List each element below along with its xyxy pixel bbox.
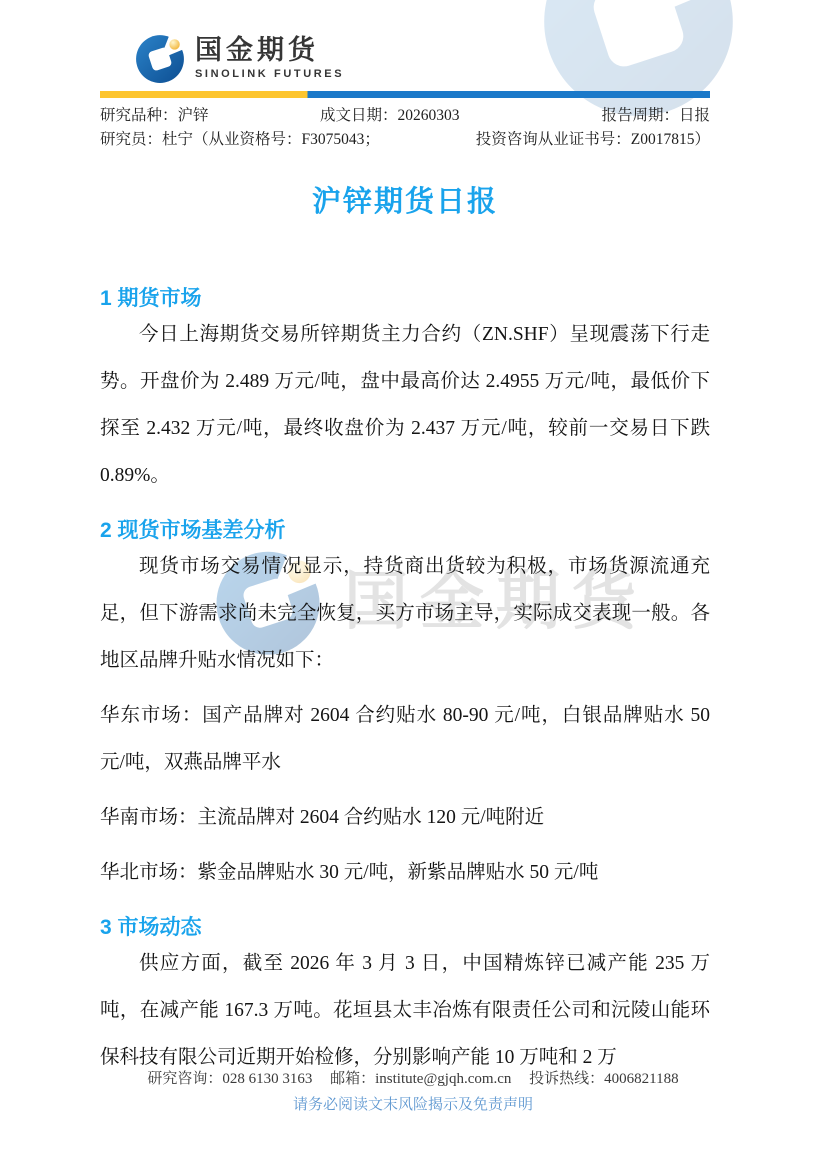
section-market-news: 3 市场动态 供应方面，截至 2026 年 3 月 3 日，中国精炼锌已减产能 … — [100, 916, 710, 1081]
header-divider-bar — [100, 91, 710, 98]
section-2-paragraph: 现货市场交易情况显示，持货商出货较为积极，市场货源流通充足，但下游需求尚未完全恢… — [100, 543, 710, 684]
meta-row-2: 研究员：杜宁（从业资格号：F3075043； 投资咨询从业证书号：Z001781… — [100, 128, 710, 152]
section-futures-market: 1 期货市场 今日上海期货交易所锌期货主力合约（ZN.SHF）呈现震荡下行走势。… — [100, 287, 710, 499]
footer-email: 邮箱：institute@gjqh.com.cn — [330, 1071, 511, 1087]
meta-report-date: 成文日期：20260303 — [320, 104, 515, 128]
section-3-paragraph: 供应方面，截至 2026 年 3 月 3 日，中国精炼锌已减产能 235 万吨，… — [100, 940, 710, 1081]
section-2-north-market: 华北市场：紫金品牌贴水 30 元/吨，新紫品牌贴水 50 元/吨 — [100, 849, 710, 896]
section-spot-basis: 2 现货市场基差分析 现货市场交易情况显示，持货商出货较为积极，市场货源流通充足… — [100, 519, 710, 896]
brand-logo: 国金期货 SINOLINK FUTURES — [134, 32, 710, 84]
section-3-heading: 3 市场动态 — [100, 916, 710, 940]
footer-hotline: 投诉热线：4006821188 — [529, 1071, 678, 1087]
sinolink-logo-icon — [134, 32, 186, 84]
brand-name-cn: 国金期货 — [195, 36, 344, 66]
report-footer: 研究咨询：028 6130 3163 邮箱：institute@gjqh.com… — [0, 1068, 826, 1116]
section-2-east-market: 华东市场：国产品牌对 2604 合约贴水 80-90 元/吨，白银品牌贴水 50… — [100, 692, 710, 786]
footer-consult-phone: 研究咨询：028 6130 3163 — [147, 1071, 312, 1087]
meta-row-1: 研究品种：沪锌 成文日期：20260303 报告周期：日报 — [100, 104, 710, 128]
report-meta: 研究品种：沪锌 成文日期：20260303 报告周期：日报 研究员：杜宁（从业资… — [100, 104, 710, 152]
meta-report-period: 报告周期：日报 — [515, 104, 710, 128]
section-1-paragraph: 今日上海期货交易所锌期货主力合约（ZN.SHF）呈现震荡下行走势。开盘价为 2.… — [100, 311, 710, 499]
meta-analyst: 研究员：杜宁（从业资格号：F3075043； — [100, 128, 470, 152]
footer-contacts: 研究咨询：028 6130 3163 邮箱：institute@gjqh.com… — [0, 1068, 826, 1090]
meta-research-variety: 研究品种：沪锌 — [100, 104, 320, 128]
report-page: 国金期货 — [0, 0, 826, 1169]
section-1-heading: 1 期货市场 — [100, 287, 710, 311]
footer-disclaimer-notice: 请务必阅读文末风险揭示及免责声明 — [0, 1094, 826, 1116]
meta-advisor-cert: 投资咨询从业证书号：Z0017815） — [470, 128, 710, 152]
report-header: 国金期货 SINOLINK FUTURES 研究品种：沪锌 成文日期：20260… — [0, 0, 826, 152]
brand-name-en: SINOLINK FUTURES — [195, 68, 344, 80]
report-title: 沪锌期货日报 — [100, 188, 710, 217]
section-2-south-market: 华南市场：主流品牌对 2604 合约贴水 120 元/吨附近 — [100, 794, 710, 841]
report-body: 1 期货市场 今日上海期货交易所锌期货主力合约（ZN.SHF）呈现震荡下行走势。… — [100, 287, 710, 1081]
section-2-heading: 2 现货市场基差分析 — [100, 519, 710, 543]
